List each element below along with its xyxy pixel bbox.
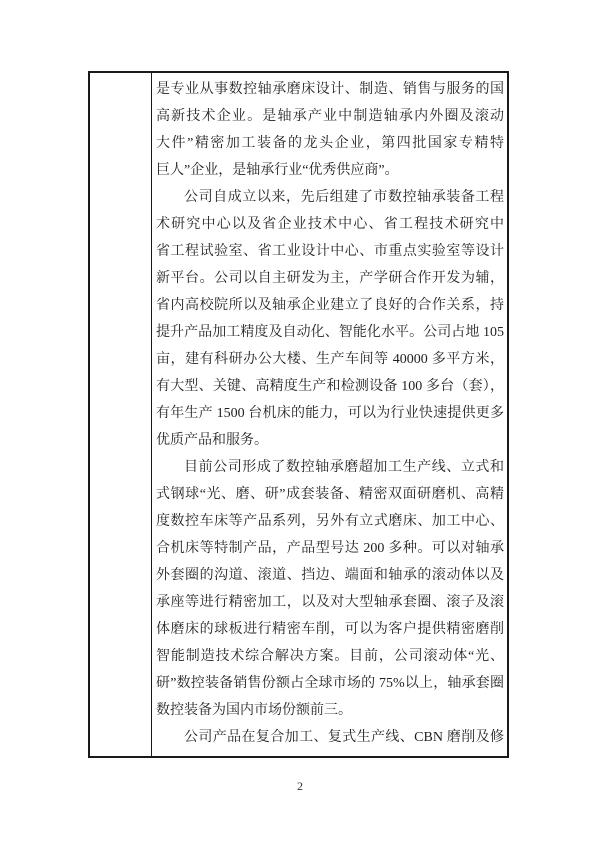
text-line: 新平台。公司以自主研发为主，产学研合作开发为辅，与 <box>156 265 504 292</box>
text-line: 目前公司形成了数控轴承磨超加工生产线、立式和卧 <box>156 454 504 481</box>
table-cell-border: 是专业从事数控轴承磨床设计、制造、销售与服务的国家 高新技术企业。是轴承产业中制… <box>88 71 509 758</box>
text-line: 合机床等特制产品，产品型号达 200 多种。可以对轴承内 <box>156 535 504 562</box>
text-line: 智能制造技术综合解决方案。目前，公司滚动体“光、磨、 <box>156 643 504 670</box>
table-text-column: 是专业从事数控轴承磨床设计、制造、销售与服务的国家 高新技术企业。是轴承产业中制… <box>152 73 507 756</box>
text-line: 式钢球“光、磨、研”成套装备、精密双面研磨机、高精 <box>156 481 504 508</box>
text-line: 高新技术企业。是轴承产业中制造轴承内外圈及滚动体“三 <box>156 103 504 130</box>
text-line: 外套圈的沟道、滚道、挡边、端面和轴承的滚动体以及轴 <box>156 562 504 589</box>
text-line: 提升产品加工精度及自动化、智能化水平。公司占地 105 <box>156 319 504 346</box>
page-number: 2 <box>0 779 600 794</box>
text-line: 省工程试验室、省工业设计中心、市重点实验室等设计创 <box>156 238 504 265</box>
text-line: 体磨床的球板进行精密车削，可以为客户提供精密磨削与 <box>156 616 504 643</box>
text-line: 有年生产 1500 台机床的能力，可以为行业快速提供更多的 <box>156 400 504 427</box>
text-line: 承座等进行精密加工，以及对大型轴承套圈、滚子及滚动 <box>156 589 504 616</box>
table-label-column-empty <box>90 73 152 756</box>
text-line: 公司产品在复合加工、复式生产线、CBN 磨削及修整、 <box>156 724 504 751</box>
text-line: 公司自成立以来，先后组建了市数控轴承装备工程技 <box>156 184 504 211</box>
text-line: 有大型、关键、高精度生产和检测设备 100 多台（套）， <box>156 373 504 400</box>
text-line: 亩，建有科研办公大楼、生产车间等 40000 多平方米，拥 <box>156 346 504 373</box>
document-page: 是专业从事数控轴承磨床设计、制造、销售与服务的国家 高新技术企业。是轴承产业中制… <box>0 0 600 848</box>
text-line: 数控装备为国内市场份额前三。 <box>156 697 504 724</box>
text-line: 巨人”企业，是轴承行业“优秀供应商”。 <box>156 157 504 184</box>
text-line: 大件”精密加工装备的龙头企业，第四批国家专精特新“小 <box>156 130 504 157</box>
text-line: 优质产品和服务。 <box>156 427 504 454</box>
text-line: 是专业从事数控轴承磨床设计、制造、销售与服务的国家 <box>156 76 504 103</box>
text-line: 省内高校院所以及轴承企业建立了良好的合作关系，持续 <box>156 292 504 319</box>
text-line: 研”数控装备销售份额占全球市场的 75%以上，轴承套圈 <box>156 670 504 697</box>
text-line: 术研究中心以及省企业技术中心、省工程技术研究中心、 <box>156 211 504 238</box>
text-line: 度数控车床等产品系列，另外有立式磨床、加工中心、组 <box>156 508 504 535</box>
